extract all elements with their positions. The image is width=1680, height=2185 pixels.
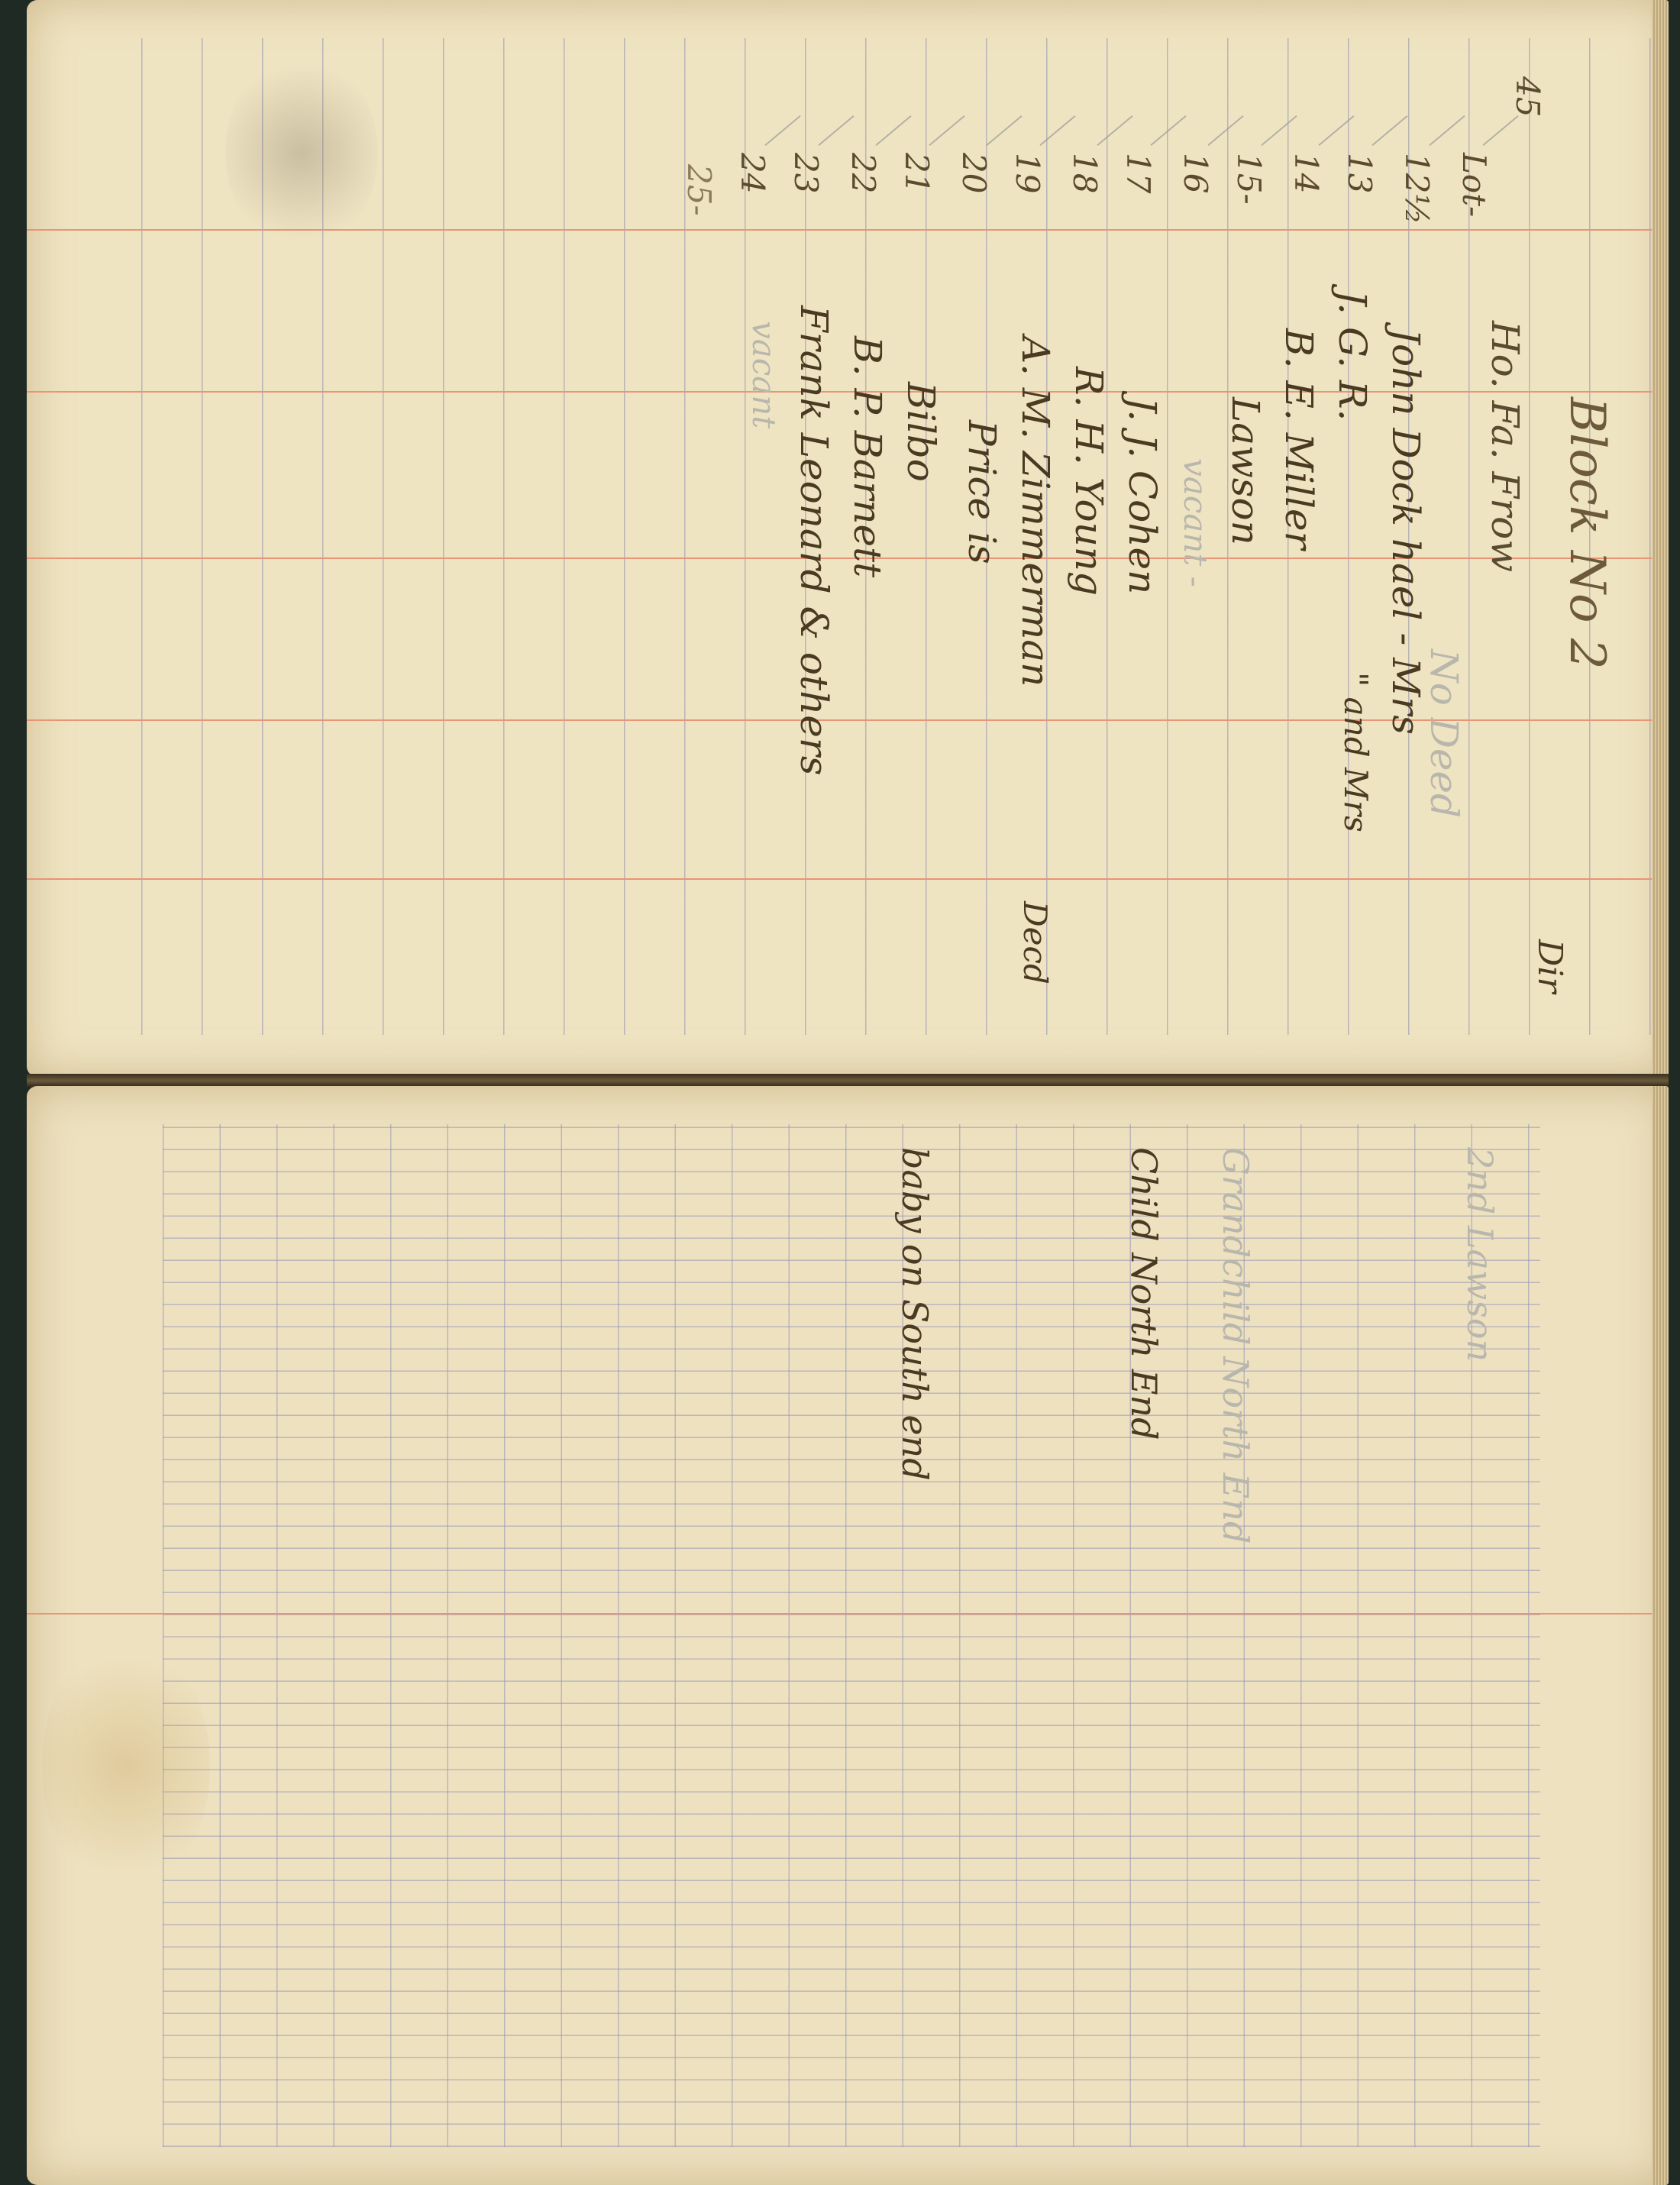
lot-number: 18 <box>1066 153 1103 193</box>
row-name: Bilbo <box>899 382 943 482</box>
lot-number: 23 <box>787 153 825 193</box>
note-text: baby on South end <box>894 1147 935 1481</box>
row-name: R. H. Young <box>1067 367 1111 596</box>
row-name: vacant <box>745 321 783 428</box>
note-text: Grandchild North End <box>1215 1147 1256 1543</box>
lot-number: 22 <box>845 153 882 193</box>
lot-number: 45 <box>1509 76 1546 117</box>
row-name: Lawson <box>1223 397 1268 545</box>
note-text: Child North End <box>1123 1147 1165 1440</box>
red-rule <box>27 1613 1669 1615</box>
row-name: J. J. Cohen <box>1120 397 1165 594</box>
lot-number: 19 <box>1009 153 1046 193</box>
header-name: Ho. Fa. Frow <box>1483 321 1527 572</box>
row-name: B. E. Miller <box>1277 328 1321 549</box>
bottom-graph-page: 2nd Lawson Grandchild North End Child No… <box>27 1086 1669 2185</box>
lot-number: 12½ <box>1398 153 1436 225</box>
row-name: A. M. Zimmerman <box>1013 336 1058 687</box>
row-note: No Deed <box>1422 649 1466 818</box>
row-note: Decd <box>1016 901 1054 984</box>
block-heading: Block No 2 <box>1559 397 1615 670</box>
smudge <box>225 53 378 252</box>
red-rule <box>27 878 1669 880</box>
row-name: Price is <box>960 420 1004 564</box>
row-name: Frank Leonard & others <box>792 305 836 775</box>
row-name: B. P. Barnett <box>845 336 890 577</box>
lot-number: Lot- <box>1455 153 1493 217</box>
lot-number: 13 <box>1341 153 1378 193</box>
lot-number: 14 <box>1287 153 1325 193</box>
lot-number: 17 <box>1119 153 1157 193</box>
row-name: J. G. R. <box>1330 290 1375 421</box>
water-stain <box>42 1636 210 1896</box>
lot-number: 25- <box>680 164 718 216</box>
row-note: " and Mrs <box>1337 672 1375 832</box>
graph-grid <box>163 1124 1540 2147</box>
lot-number: 21 <box>898 153 935 193</box>
column-header-dir: Dir <box>1530 939 1569 993</box>
row-name: John Dock hael - Mrs <box>1384 328 1428 735</box>
lot-number: 24 <box>734 153 771 193</box>
row-name: vacant - <box>1177 458 1214 587</box>
note-text: 2nd Lawson <box>1459 1147 1501 1362</box>
page-edge <box>1652 1086 1669 2185</box>
top-ledger-page: Block No 2 Dir 45 Lot- 12½ 13 14 15- 16 … <box>27 0 1669 1077</box>
page-edge <box>1652 0 1669 1077</box>
lot-number: 20 <box>955 153 993 193</box>
lot-number: 15- <box>1230 153 1268 205</box>
lot-number: 16 <box>1177 153 1214 193</box>
